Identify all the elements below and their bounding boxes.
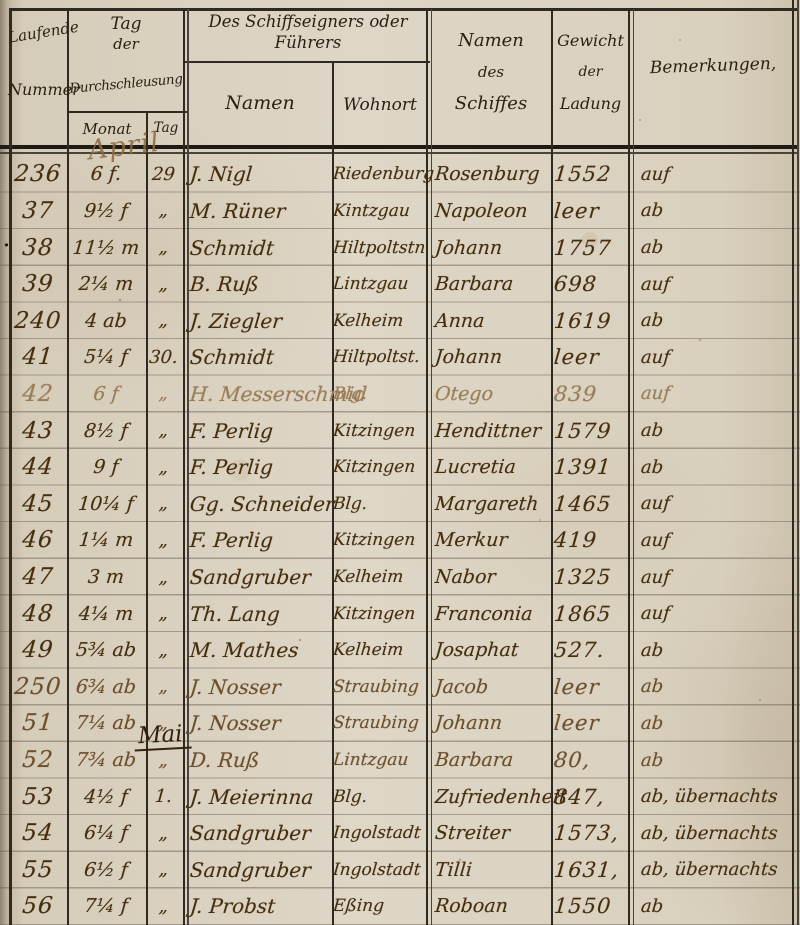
running-number: 54 xyxy=(21,820,55,846)
cell-cargo-weight: 527. xyxy=(549,638,628,662)
cell-hour-of-passage: 7¾ ab xyxy=(66,749,146,771)
monat-tag-divider-top xyxy=(67,111,187,113)
table-row: 53 4½ f 1. J. Meierinna Blg. Zufriedenhe… xyxy=(9,778,794,815)
cell-ship-name: Jacob xyxy=(424,676,551,698)
cell-owner-residence: Lintzgau xyxy=(330,750,426,770)
cell-owner-name: F. Perlig xyxy=(181,419,332,443)
cell-remark: auf xyxy=(626,274,795,295)
cell-remark: auf xyxy=(626,383,795,404)
header-tag-label: Tag xyxy=(68,14,184,35)
cell-hour-of-passage: 5¾ ab xyxy=(66,639,146,661)
running-number: 47 xyxy=(21,564,55,590)
cell-remark: ab xyxy=(626,896,795,917)
running-number: 55 xyxy=(21,857,55,883)
running-number: 44 xyxy=(21,454,55,480)
cell-cargo-weight: 698 xyxy=(549,272,628,296)
cell-day-of-month: „ xyxy=(144,640,183,661)
margin-ink-dot: • xyxy=(3,239,12,252)
subheader-wohnort: Wohnort xyxy=(334,95,426,116)
cell-owner-residence: Lintzgau xyxy=(330,274,426,294)
cell-ship-name: Barbara xyxy=(424,749,551,771)
cell-owner-residence: Kitzingen xyxy=(330,604,426,624)
cell-owner-name: J. Probst xyxy=(181,894,332,918)
cell-day-of-month: „ xyxy=(144,823,183,844)
cell-running-number: 49 xyxy=(8,637,68,663)
cell-hour-of-passage: 2¼ m xyxy=(66,273,146,295)
subheader-wohnort-label: Wohnort xyxy=(334,95,426,116)
cell-ship-name: Johann xyxy=(424,237,551,259)
cell-owner-residence: Kelheim xyxy=(330,567,426,587)
running-number: 45 xyxy=(21,491,55,517)
cell-owner-name: J. Nigl xyxy=(181,162,332,186)
running-number: 48 xyxy=(21,601,55,627)
cell-day-of-month: „ xyxy=(144,493,183,514)
cell-cargo-weight: 1757 xyxy=(549,236,628,260)
cell-hour-of-passage: 5¼ f xyxy=(66,346,146,368)
cell-running-number: 47 xyxy=(8,564,68,590)
cell-day-of-month: 29 xyxy=(144,164,183,185)
cell-ship-name: Anna xyxy=(424,310,551,332)
header-gewicht-line3: Ladung xyxy=(553,87,628,121)
cell-running-number: •38 xyxy=(8,235,68,261)
cell-day-of-month: „ xyxy=(144,713,183,734)
cell-cargo-weight: 1865 xyxy=(549,602,628,626)
cell-remark: ab xyxy=(626,237,795,258)
header-schiffsname-line1: Namen xyxy=(432,24,550,58)
cell-running-number: 45 xyxy=(8,491,68,517)
header-bemerkungen-label: Bemerkungen, xyxy=(634,53,793,80)
cell-ship-name: Tilli xyxy=(424,859,551,881)
cell-hour-of-passage: 6½ f xyxy=(66,859,146,881)
table-row: 45 10¼ f „ Gg. Schneider Blg. Margareth … xyxy=(9,485,794,522)
cell-running-number: 41 xyxy=(8,344,68,370)
cell-ship-name: Streiter xyxy=(424,822,551,844)
cell-ship-name: Nabor xyxy=(424,566,551,588)
cell-owner-residence: Blg. xyxy=(330,384,426,404)
header-bemerkungen: Bemerkungen, xyxy=(634,53,793,80)
cell-owner-name: F. Perlig xyxy=(181,528,332,552)
cell-owner-residence: Hiltpoltst. xyxy=(330,347,426,367)
header-schiffsname-line3: Schiffes xyxy=(432,87,550,121)
header-durchschleusung-label: Durchschleusung xyxy=(65,71,186,98)
table-row: 51 7¼ ab „ J. Nosser Straubing Johann le… xyxy=(9,705,794,742)
cell-remark: ab, übernachts xyxy=(626,823,795,844)
cell-hour-of-passage: 9 f xyxy=(66,456,146,478)
cell-remark: ab xyxy=(626,676,795,697)
running-number: 49 xyxy=(21,637,55,663)
cell-hour-of-passage: 6¼ f xyxy=(66,822,146,844)
cell-day-of-month: „ xyxy=(144,859,183,880)
cell-owner-residence: Ingolstadt xyxy=(330,823,426,843)
cell-owner-residence: Riedenburg xyxy=(330,164,426,184)
cell-owner-name: H. Messerschmid xyxy=(181,382,332,406)
cell-running-number: 250 xyxy=(8,674,68,700)
cell-hour-of-passage: 7¼ ab xyxy=(66,712,146,734)
running-number: 56 xyxy=(21,893,55,919)
cell-owner-name: M. Mathes xyxy=(181,638,332,662)
cell-owner-name: D. Ruß xyxy=(181,748,332,772)
cell-running-number: 55 xyxy=(8,857,68,883)
table-row: 48 4¼ m „ Th. Lang Kitzingen Franconia 1… xyxy=(9,595,794,632)
table-row: 250 6¾ ab „ J. Nosser Straubing Jacob le… xyxy=(9,669,794,706)
cell-cargo-weight: leer xyxy=(549,199,628,223)
running-number: 53 xyxy=(21,784,55,810)
cell-owner-name: J. Nosser xyxy=(181,675,332,699)
header-tag-der: Tag der xyxy=(68,14,184,54)
cell-cargo-weight: 847, xyxy=(549,785,628,809)
cell-hour-of-passage: 9½ f xyxy=(66,200,146,222)
cell-running-number: 44 xyxy=(8,454,68,480)
cell-day-of-month: „ xyxy=(144,676,183,697)
header-nummer-label: Nummer xyxy=(8,80,68,100)
cell-ship-name: Margareth xyxy=(424,493,551,515)
running-number: 52 xyxy=(21,747,55,773)
running-number: 236 xyxy=(13,161,62,187)
cell-hour-of-passage: 6 f. xyxy=(66,163,146,185)
subheader-namen: Namen xyxy=(188,92,332,116)
cell-day-of-month: „ xyxy=(144,274,183,295)
cell-cargo-weight: 1465 xyxy=(549,492,628,516)
cell-cargo-weight: 839 xyxy=(549,382,628,406)
running-number: 38 xyxy=(21,235,55,261)
cell-day-of-month: „ xyxy=(144,603,183,624)
cell-running-number: 43 xyxy=(8,418,68,444)
cell-ship-name: Barbara xyxy=(424,273,551,295)
cell-owner-residence: Kitzingen xyxy=(330,457,426,477)
cell-remark: ab xyxy=(626,750,795,771)
header-laufende: Laufende xyxy=(7,19,69,47)
cell-owner-residence: Kelheim xyxy=(330,311,426,331)
table-rows: 236 6 f. 29 J. Nigl Riedenburg Rosenburg… xyxy=(9,156,794,925)
table-row: 41 5¼ f 30. Schmidt Hiltpoltst. Johann l… xyxy=(9,339,794,376)
header-schiffseigner: Des Schiffseigners oder Führers xyxy=(188,12,428,53)
cell-cargo-weight: 1631, xyxy=(549,858,628,882)
cell-owner-name: Th. Lang xyxy=(181,602,332,626)
cell-running-number: 39 xyxy=(8,271,68,297)
cell-running-number: 53 xyxy=(8,784,68,810)
cell-day-of-month: 30. xyxy=(144,347,183,368)
cell-hour-of-passage: 6¾ ab xyxy=(66,676,146,698)
cell-hour-of-passage: 4½ f xyxy=(66,786,146,808)
cell-remark: ab xyxy=(626,640,795,661)
cell-hour-of-passage: 6 f xyxy=(66,383,146,405)
cell-ship-name: Hendittner xyxy=(424,420,551,442)
cell-day-of-month: „ xyxy=(144,383,183,404)
running-number: 39 xyxy=(21,271,55,297)
cell-running-number: 46 xyxy=(8,527,68,553)
header-gewicht-line1: Gewicht xyxy=(553,24,628,58)
cell-hour-of-passage: 11½ m xyxy=(66,237,146,259)
cell-running-number: 236 xyxy=(8,161,68,187)
cell-owner-residence: Ingolstadt xyxy=(330,860,426,880)
cell-owner-name: Sandgruber xyxy=(181,821,332,845)
cell-remark: ab, übernachts xyxy=(626,859,795,880)
cell-ship-name: Johann xyxy=(424,346,551,368)
cell-cargo-weight: 1573, xyxy=(549,821,628,845)
cell-cargo-weight: 1391 xyxy=(549,455,628,479)
cell-running-number: 51 xyxy=(8,710,68,736)
cell-hour-of-passage: 10¼ f xyxy=(66,493,146,515)
cell-owner-name: J. Nosser xyxy=(181,711,332,735)
cell-day-of-month: „ xyxy=(144,567,183,588)
owner-header-divider xyxy=(183,61,430,63)
running-number: 42 xyxy=(21,381,55,407)
cell-remark: auf xyxy=(626,493,795,514)
cell-running-number: 52 xyxy=(8,747,68,773)
cell-running-number: 240 xyxy=(8,308,68,334)
cell-running-number: 54 xyxy=(8,820,68,846)
cell-cargo-weight: 419 xyxy=(549,528,628,552)
table-row: 236 6 f. 29 J. Nigl Riedenburg Rosenburg… xyxy=(9,156,794,193)
cell-day-of-month: „ xyxy=(144,896,183,917)
cell-ship-name: Lucretia xyxy=(424,456,551,478)
header-schiffsname-line2: des xyxy=(432,58,550,87)
cell-owner-name: Schmidt xyxy=(181,236,332,260)
cell-hour-of-passage: 3 m xyxy=(66,566,146,588)
cell-day-of-month: „ xyxy=(144,237,183,258)
table-row: •38 11½ m „ Schmidt Hiltpoltstn Johann 1… xyxy=(9,229,794,266)
header-gewicht: Gewicht der Ladung xyxy=(553,24,628,121)
cell-remark: ab xyxy=(626,420,795,441)
cell-running-number: 37 xyxy=(8,198,68,224)
cell-hour-of-passage: 4 ab xyxy=(66,310,146,332)
table-row: 49 5¾ ab „ M. Mathes Kelheim Josaphat 52… xyxy=(9,632,794,669)
cell-running-number: 56 xyxy=(8,893,68,919)
cell-owner-name: F. Perlig xyxy=(181,455,332,479)
running-number: 240 xyxy=(13,308,62,334)
table-row: 52 7¾ ab „ D. Ruß Lintzgau Barbara 80, a… xyxy=(9,742,794,779)
cell-hour-of-passage: 4¼ m xyxy=(66,603,146,625)
table-row: 56 7¼ f „ J. Probst Eßing Roboan 1550 ab xyxy=(9,888,794,925)
cell-ship-name: Roboan xyxy=(424,895,551,917)
table-row: 44 9 f „ F. Perlig Kitzingen Lucretia 13… xyxy=(9,449,794,486)
cell-hour-of-passage: 8½ f xyxy=(66,420,146,442)
cell-owner-name: Gg. Schneider xyxy=(181,492,332,516)
table-row: 47 3 m „ Sandgruber Kelheim Nabor 1325 a… xyxy=(9,559,794,596)
cell-hour-of-passage: 1¼ m xyxy=(66,529,146,551)
cell-remark: auf xyxy=(626,603,795,624)
table-row: 55 6½ f „ Sandgruber Ingolstadt Tilli 16… xyxy=(9,852,794,889)
cell-ship-name: Zufriedenheit xyxy=(424,786,551,808)
table-row: 240 4 ab „ J. Ziegler Kelheim Anna 1619 … xyxy=(9,302,794,339)
header-schiffseigner-line2: Führers xyxy=(188,33,428,54)
running-number: 41 xyxy=(21,344,55,370)
header-der-label: der xyxy=(68,35,184,54)
cell-hour-of-passage: 7¼ f xyxy=(66,895,146,917)
cell-remark: ab xyxy=(626,713,795,734)
cell-cargo-weight: 1550 xyxy=(549,894,628,918)
cell-day-of-month: „ xyxy=(144,200,183,221)
header-schiffsname: Namen des Schiffes xyxy=(432,24,550,121)
cell-cargo-weight: 1619 xyxy=(549,309,628,333)
cell-running-number: 48 xyxy=(8,601,68,627)
table-row: 54 6¼ f „ Sandgruber Ingolstadt Streiter… xyxy=(9,815,794,852)
cell-ship-name: Merkur xyxy=(424,529,551,551)
cell-owner-residence: Blg. xyxy=(330,494,426,514)
header-durchschleusung: Durchschleusung xyxy=(65,71,186,98)
cell-remark: auf xyxy=(626,530,795,551)
cell-ship-name: Napoleon xyxy=(424,200,551,222)
cell-remark: ab xyxy=(626,457,795,478)
running-number: 46 xyxy=(21,527,55,553)
cell-ship-name: Josaphat xyxy=(424,639,551,661)
table-row: 39 2¼ m „ B. Ruß Lintzgau Barbara 698 au… xyxy=(9,266,794,303)
cell-cargo-weight: leer xyxy=(549,675,628,699)
cell-owner-residence: Eßing xyxy=(330,896,426,916)
cell-owner-name: Schmidt xyxy=(181,345,332,369)
cell-cargo-weight: 1552 xyxy=(549,162,628,186)
header-schiffseigner-line1: Des Schiffseigners oder xyxy=(188,12,428,33)
header-nummer: Nummer xyxy=(8,80,68,100)
table-top-border xyxy=(9,8,799,11)
cell-day-of-month: „ xyxy=(144,530,183,551)
cell-owner-name: Sandgruber xyxy=(181,565,332,589)
cell-ship-name: Otego xyxy=(424,383,551,405)
cell-remark: ab xyxy=(626,310,795,331)
cell-day-of-month: „ xyxy=(144,420,183,441)
cell-cargo-weight: 1579 xyxy=(549,419,628,443)
running-number: 250 xyxy=(13,674,62,700)
cell-owner-name: B. Ruß xyxy=(181,272,332,296)
cell-day-of-month: „ xyxy=(144,310,183,331)
cell-remark: auf xyxy=(626,164,795,185)
cell-owner-name: J. Meierinna xyxy=(181,785,332,809)
cell-owner-residence: Kelheim xyxy=(330,640,426,660)
cell-owner-residence: Hiltpoltstn xyxy=(330,238,426,258)
subheader-namen-label: Namen xyxy=(188,92,332,116)
ledger-page: Laufende Nummer Tag der Durchschleusung … xyxy=(0,0,800,925)
cell-owner-residence: Straubing xyxy=(330,677,426,697)
cell-owner-residence: Kitzingen xyxy=(330,530,426,550)
table-row: 43 8½ f „ F. Perlig Kitzingen Hendittner… xyxy=(9,412,794,449)
cell-owner-residence: Kintzgau xyxy=(330,201,426,221)
cell-owner-residence: Straubing xyxy=(330,713,426,733)
cell-cargo-weight: 80, xyxy=(549,748,628,772)
cell-owner-name: J. Ziegler xyxy=(181,309,332,333)
table-row: 37 9½ f „ M. Rüner Kintzgau Napoleon lee… xyxy=(9,193,794,230)
cell-cargo-weight: leer xyxy=(549,345,628,369)
cell-remark: ab, übernachts xyxy=(626,786,795,807)
cell-remark: ab xyxy=(626,200,795,221)
cell-day-of-month: „ xyxy=(144,750,183,771)
table-row: 46 1¼ m „ F. Perlig Kitzingen Merkur 419… xyxy=(9,522,794,559)
cell-owner-name: Sandgruber xyxy=(181,858,332,882)
cell-owner-residence: Kitzingen xyxy=(330,421,426,441)
table-right-border-b xyxy=(797,0,799,925)
cell-cargo-weight: leer xyxy=(549,711,628,735)
cell-running-number: 42 xyxy=(8,381,68,407)
cell-day-of-month: „ xyxy=(144,457,183,478)
running-number: 37 xyxy=(21,198,55,224)
cell-remark: auf xyxy=(626,567,795,588)
cell-ship-name: Johann xyxy=(424,712,551,734)
table-row: 42 6 f „ H. Messerschmid Blg. Otego 839 … xyxy=(9,376,794,413)
running-number: 43 xyxy=(21,418,55,444)
cell-owner-name: M. Rüner xyxy=(181,199,332,223)
cell-ship-name: Rosenburg xyxy=(424,163,551,185)
cell-cargo-weight: 1325 xyxy=(549,565,628,589)
cell-remark: auf xyxy=(626,347,795,368)
cell-ship-name: Franconia xyxy=(424,603,551,625)
running-number: 51 xyxy=(21,710,55,736)
cell-owner-residence: Blg. xyxy=(330,787,426,807)
cell-day-of-month: 1. xyxy=(144,786,183,807)
header-gewicht-line2: der xyxy=(553,58,628,87)
header-laufende-label: Laufende xyxy=(7,19,69,47)
